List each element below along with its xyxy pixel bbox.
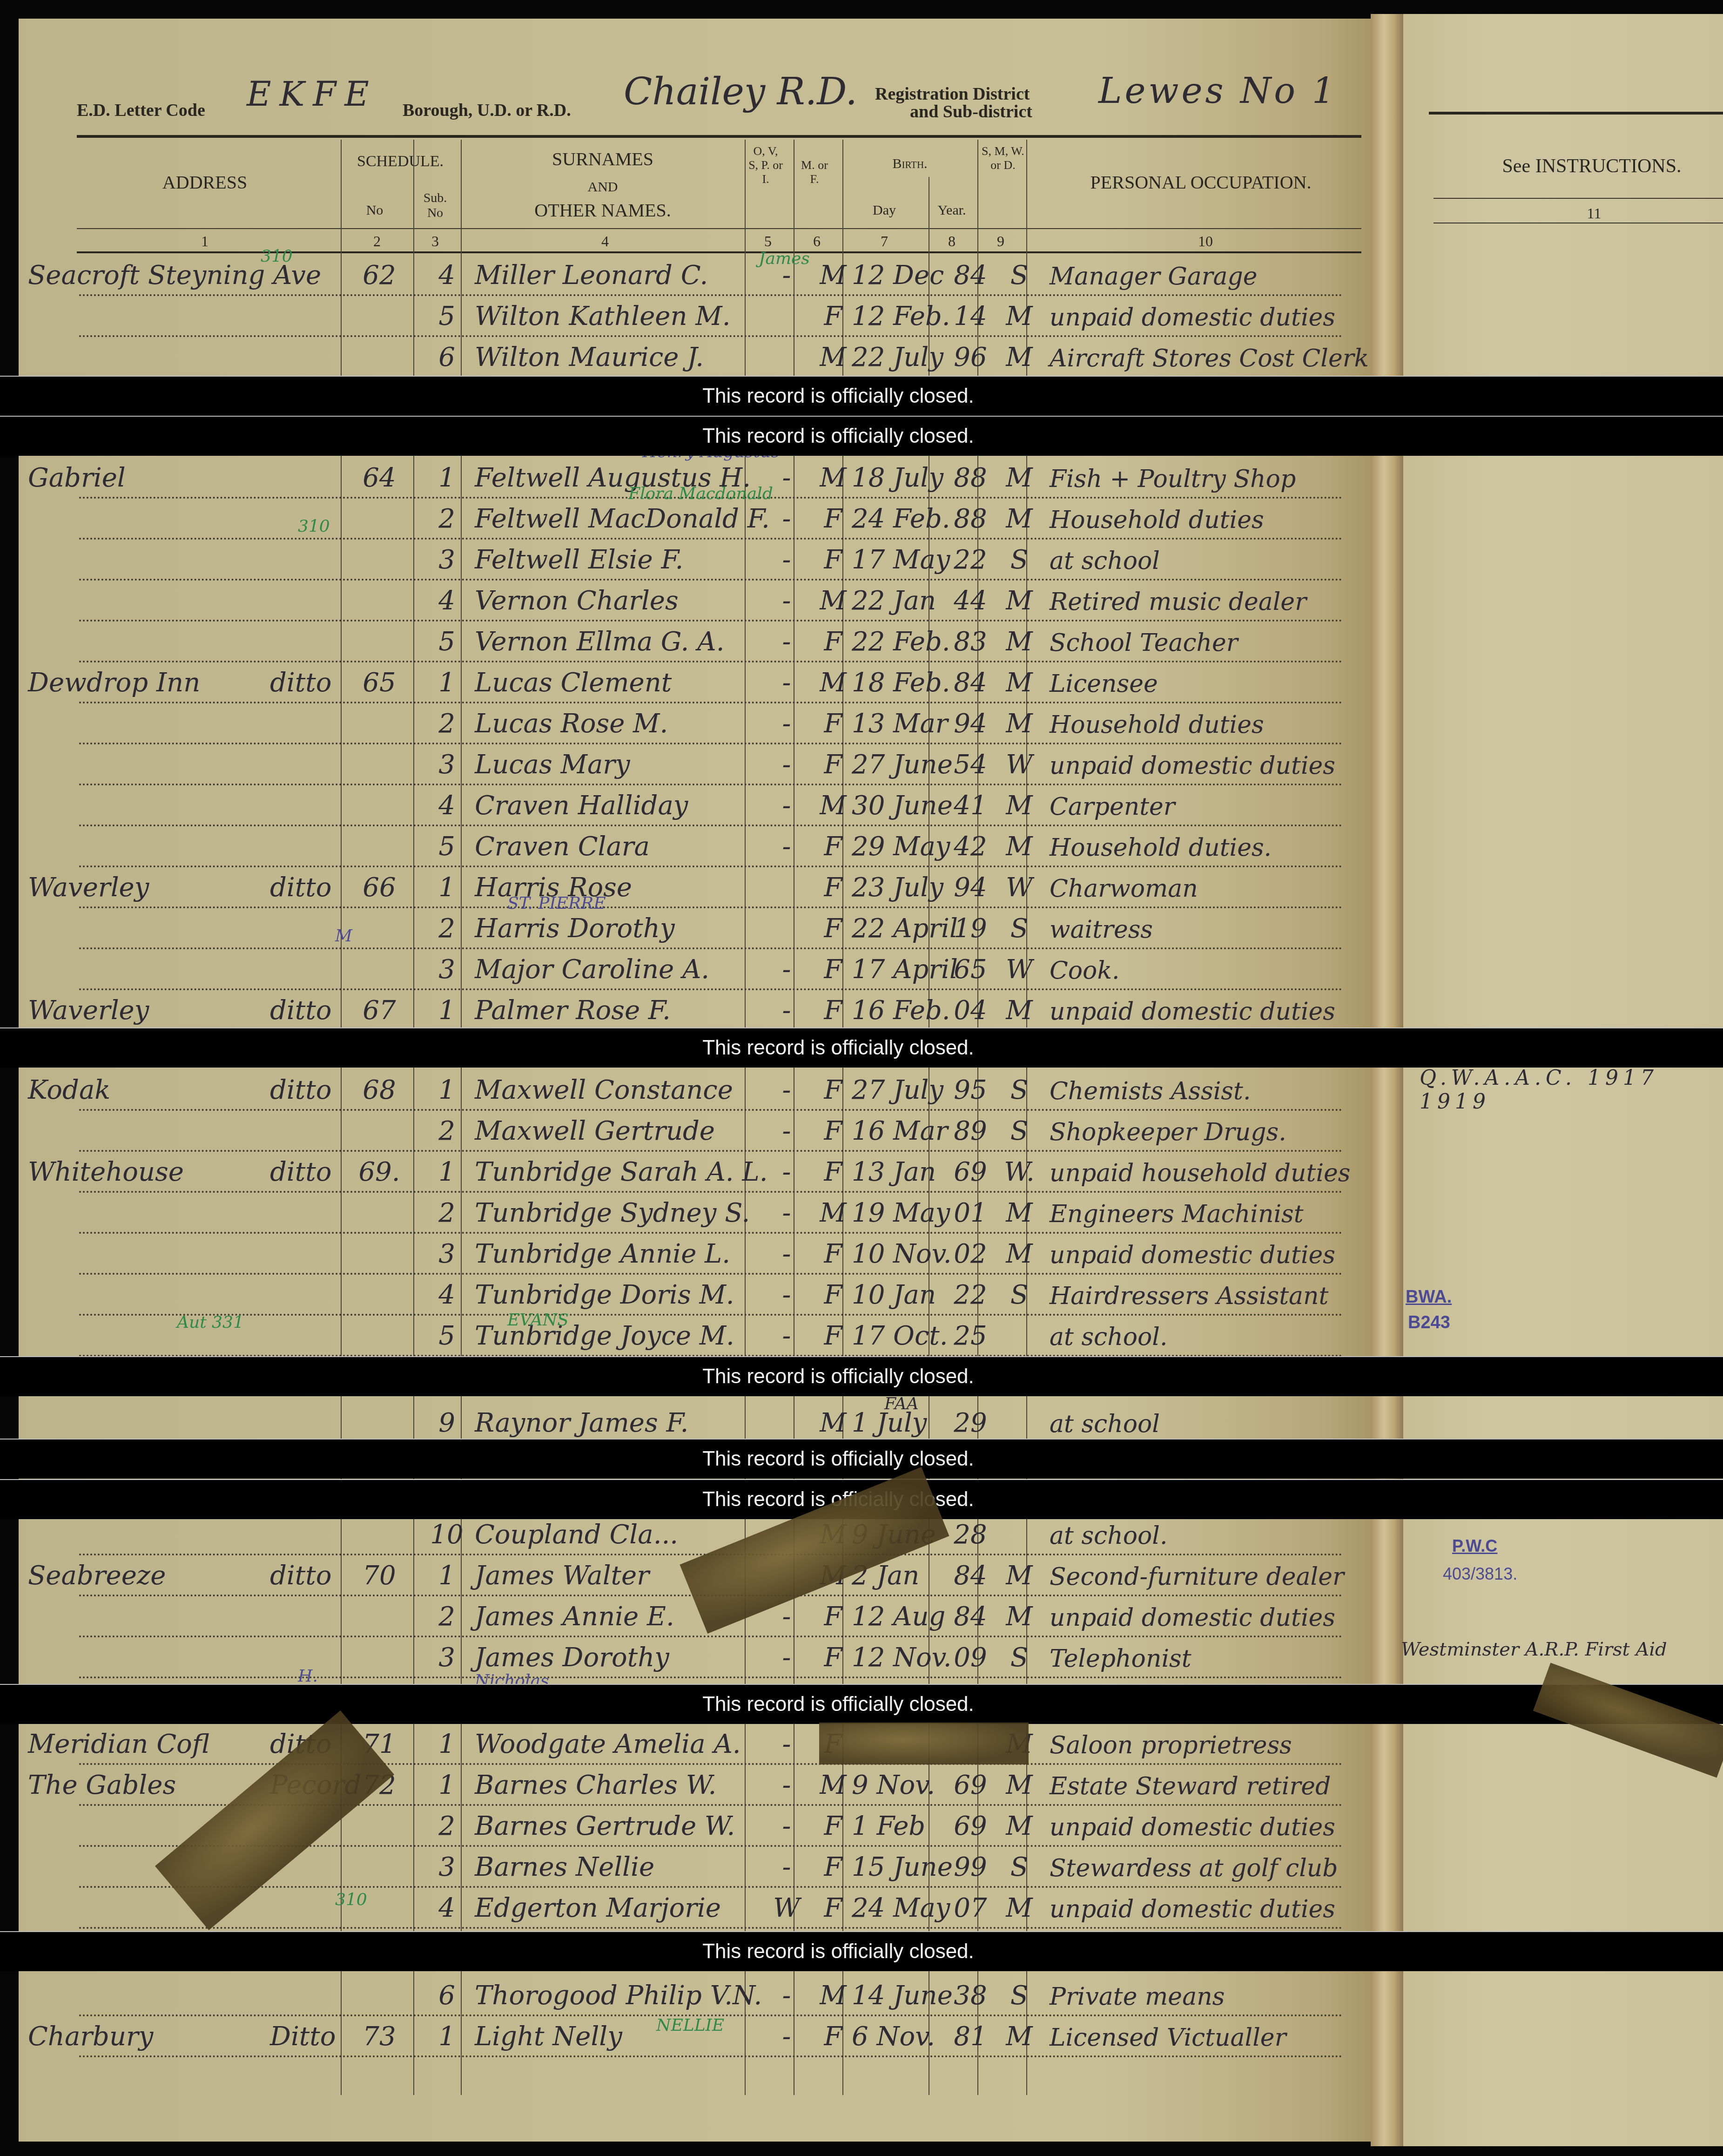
borough-label: Borough, U.D. or R.D. — [403, 100, 571, 121]
row-rule — [79, 1636, 1343, 1637]
ovspi-value: - — [768, 1980, 805, 2011]
table-row: 4Tunbridge Doris M.-F10 Jan22SHairdresse… — [19, 1276, 1371, 1317]
person-name: Tunbridge Annie L. — [475, 1239, 754, 1269]
book-spine — [1371, 14, 1403, 2146]
occupation: Charwoman — [1050, 875, 1371, 903]
table-row: 5Craven Clara-F29 May42MHousehold duties… — [19, 827, 1371, 868]
birth-year: 84 — [945, 260, 996, 291]
person-name: Thorogood Philip V.N. — [475, 1980, 754, 2011]
birth-year: 41 — [945, 791, 996, 821]
marital-status: M — [1001, 668, 1038, 698]
sex: F — [814, 954, 852, 985]
col-mf: M. or F. — [796, 158, 833, 186]
occupation: Stewardess at golf club — [1050, 1854, 1371, 1882]
row-rule — [79, 784, 1343, 785]
table-row: 2Feltwell MacDonald F.-F24 Feb.88MHouseh… — [19, 500, 1371, 541]
table-row: 2Harris DorothyF22 April19Swaitress — [19, 909, 1371, 950]
closed-record-banner: This record is officially closed. — [0, 1439, 1723, 1479]
row-rule — [79, 661, 1343, 662]
marital-status: M — [1001, 463, 1038, 493]
marital-status: M — [1001, 342, 1038, 372]
ditto-mark: ditto — [270, 995, 354, 1026]
closed-record-text: This record is officially closed. — [702, 425, 974, 448]
ovspi-value: - — [768, 1157, 805, 1187]
sex: F — [814, 1602, 852, 1632]
marital-status: M — [1001, 1239, 1038, 1269]
ovspi-value: - — [768, 1198, 805, 1228]
row-rule — [79, 1763, 1343, 1765]
table-row: 4Vernon Charles-M22 Jan44MRetired music … — [19, 581, 1371, 622]
sub-number: 1 — [428, 1075, 465, 1105]
marital-status: M — [1001, 1561, 1038, 1591]
margin-annotation: 310 — [335, 1890, 367, 1909]
marital-status: S — [1001, 545, 1038, 575]
row-rule — [79, 865, 1343, 867]
occupation: unpaid domestic duties — [1050, 1895, 1371, 1923]
col-day: Day — [847, 200, 922, 221]
birth-day: 24 Feb. — [852, 504, 945, 534]
schedule-number: 73 — [344, 2021, 414, 2052]
ditto-mark: ditto — [270, 872, 354, 903]
marital-status: M — [1001, 791, 1038, 821]
closed-record-text: This record is officially closed. — [702, 1693, 974, 1716]
sex: F — [814, 1075, 852, 1105]
ovspi-value: - — [768, 627, 805, 657]
ovspi-value: - — [768, 750, 805, 780]
col-number-1: 1 — [191, 233, 219, 250]
schedule-number: 66 — [344, 872, 414, 903]
table-row: Meridian Coflditto711Woodgate Amelia A.-… — [19, 1725, 1371, 1766]
marital-status: M — [1001, 1811, 1038, 1841]
sub-number: 1 — [428, 872, 465, 903]
ovspi-value: - — [768, 954, 805, 985]
table-row: 2James Annie E.-F12 Aug84Munpaid domesti… — [19, 1597, 1371, 1638]
birth-day: 12 Feb. — [852, 301, 945, 331]
occupation: unpaid domestic duties — [1050, 304, 1371, 331]
occupation: unpaid domestic duties — [1050, 1604, 1371, 1632]
sex: M — [814, 668, 852, 698]
birth-day: 13 Jan — [852, 1157, 945, 1187]
table-row: 4Craven Halliday-M30 June41MCarpenter — [19, 786, 1371, 827]
occupation: at school. — [1050, 1323, 1371, 1351]
birth-day: 14 June — [852, 1980, 945, 2011]
sex: F — [814, 709, 852, 739]
person-name: Miller Leonard C. — [475, 260, 754, 291]
sub-number: 3 — [428, 1642, 465, 1673]
sex: F — [814, 750, 852, 780]
col11-rule-top — [1434, 198, 1723, 199]
table-row: 3Lucas Mary-F27 June54Wunpaid domestic d… — [19, 745, 1371, 786]
margin-annotation: EVANS — [507, 1311, 569, 1330]
sex: M — [814, 586, 852, 616]
row-rule — [79, 294, 1343, 296]
col-names-3: OTHER NAMES. — [465, 200, 740, 221]
margin-annotation: 310 — [261, 247, 293, 266]
occupation: at school — [1050, 1410, 1371, 1438]
row-rule — [79, 1314, 1343, 1316]
closed-record-banner: This record is officially closed. — [0, 1027, 1723, 1068]
col-birth: Birth. — [845, 154, 975, 174]
occupation: Telephonist — [1050, 1645, 1371, 1673]
schedule-number: 64 — [344, 463, 414, 493]
sub-number: 5 — [428, 1321, 465, 1351]
table-row: 3James Dorothy-F12 Nov.09STelephonist — [19, 1638, 1371, 1679]
birth-day: 13 Mar — [852, 709, 945, 739]
table-row: Kodakditto681Maxwell Constance-F27 July9… — [19, 1071, 1371, 1112]
sub-number: 2 — [428, 913, 465, 944]
occupation: Fish + Poultry Shop — [1050, 465, 1371, 493]
table-row: 5Vernon Ellma G. A.-F22 Feb.83MSchool Te… — [19, 622, 1371, 663]
closed-record-text: This record is officially closed. — [702, 1447, 974, 1471]
row-rule — [79, 825, 1343, 826]
birth-day: 22 Feb. — [852, 627, 945, 657]
note-waac: Q.W.A.A.C. 1917 1919 — [1420, 1066, 1723, 1114]
occupation: Household duties — [1050, 506, 1371, 534]
birth-day: 19 May — [852, 1198, 945, 1228]
sub-number: 3 — [428, 954, 465, 985]
birth-year: 04 — [945, 995, 996, 1026]
birth-day: 23 July — [852, 872, 945, 903]
occupation: at school. — [1050, 1522, 1371, 1550]
ed-letter-code: EKFE — [247, 74, 377, 114]
birth-day: 24 May — [852, 1893, 945, 1923]
table-row: 6Wilton Maurice J.M22 July96MAircraft St… — [19, 338, 1371, 379]
sub-number: 2 — [428, 1602, 465, 1632]
person-name: Maxwell Gertrude — [475, 1116, 754, 1146]
address: Waverley — [28, 872, 279, 903]
col-schedule-no: No — [347, 200, 403, 221]
ovspi-value: - — [768, 791, 805, 821]
sub-number: 5 — [428, 301, 465, 331]
occupation: Carpenter — [1050, 793, 1371, 821]
row-rule — [79, 1927, 1343, 1929]
table-row: Seacroft Steyning Ave624Miller Leonard C… — [19, 256, 1371, 297]
col-number-10: 10 — [1191, 233, 1219, 250]
ditto-mark: ditto — [270, 668, 354, 698]
col-number-2: 2 — [363, 233, 391, 250]
ovspi-value: - — [768, 995, 805, 1026]
closed-record-banner: This record is officially closed. — [0, 1931, 1723, 1971]
birth-day: 27 July — [852, 1075, 945, 1105]
birth-year: 84 — [945, 668, 996, 698]
margin-annotation: FAA — [884, 1394, 919, 1413]
birth-day: 9 Nov. — [852, 1770, 945, 1800]
sub-number: 9 — [428, 1408, 465, 1438]
birth-year: 25 — [945, 1321, 996, 1351]
birth-year: 54 — [945, 750, 996, 780]
sub-number: 5 — [428, 831, 465, 862]
col-smwd: S, M, W. or D. — [980, 144, 1026, 172]
sex: M — [814, 1980, 852, 2011]
closed-record-banner: This record is officially closed. — [0, 416, 1723, 456]
row-rule — [79, 1232, 1343, 1234]
sex: F — [814, 1893, 852, 1923]
sub-number: 1 — [428, 2021, 465, 2052]
occupation: Cook. — [1050, 957, 1371, 985]
borough-value: Chailey R.D. — [624, 70, 857, 113]
birth-day: 12 Nov. — [852, 1642, 945, 1673]
col-number-3: 3 — [421, 233, 449, 250]
table-row: 3Tunbridge Annie L.-F10 Nov.02Munpaid do… — [19, 1235, 1371, 1276]
sex: M — [814, 342, 852, 372]
marital-status: S — [1001, 913, 1038, 944]
occupation: Engineers Machinist — [1050, 1200, 1371, 1228]
birth-day: 10 Nov. — [852, 1239, 945, 1269]
margin-annotation: Flora Macdonald — [628, 484, 773, 503]
sex: M — [814, 1770, 852, 1800]
birth-year: 07 — [945, 1893, 996, 1923]
schedule-number: 70 — [344, 1561, 414, 1591]
person-name: Vernon Charles — [475, 586, 754, 616]
row-rule — [79, 1273, 1343, 1275]
address: Waverley — [28, 995, 279, 1026]
sex: M — [814, 260, 852, 291]
marital-status: S — [1001, 1980, 1038, 2011]
table-row: 5Wilton Kathleen M.F12 Feb.14Munpaid dom… — [19, 297, 1371, 338]
tape-patch — [819, 1723, 1029, 1764]
birth-day: 16 Feb. — [852, 995, 945, 1026]
row-rule — [79, 1676, 1343, 1678]
table-row: 10Coupland Cla...M9 June28at school. — [19, 1515, 1371, 1556]
marital-status: M — [1001, 709, 1038, 739]
marital-status: W — [1001, 954, 1038, 985]
sub-number: 1 — [428, 1157, 465, 1187]
table-row: Dewdrop Innditto651Lucas Clement-M18 Feb… — [19, 663, 1371, 704]
closed-record-text: This record is officially closed. — [702, 1365, 974, 1388]
sex: F — [814, 995, 852, 1026]
schedule-number: 67 — [344, 995, 414, 1026]
schedule-number: 65 — [344, 668, 414, 698]
occupation: at school — [1050, 547, 1371, 575]
sex: M — [814, 1198, 852, 1228]
marital-status: M — [1001, 831, 1038, 862]
marital-status: S — [1001, 1642, 1038, 1673]
birth-year: 95 — [945, 1075, 996, 1105]
occupation: unpaid household duties — [1050, 1159, 1371, 1187]
margin-annotation: ST. PIERRE — [507, 894, 606, 913]
birth-day: 22 Jan — [852, 586, 945, 616]
col-number-5: 5 — [754, 233, 782, 250]
sub-number: 1 — [428, 1729, 465, 1759]
birth-year: 96 — [945, 342, 996, 372]
sex: M — [814, 791, 852, 821]
table-row: 3Feltwell Elsie F.-F17 May22Sat school — [19, 541, 1371, 581]
person-name: Barnes Nellie — [475, 1852, 754, 1882]
sex: F — [814, 1239, 852, 1269]
person-name: Barnes Gertrude W. — [475, 1811, 754, 1841]
marital-status: S — [1001, 1116, 1038, 1146]
col-number-7: 7 — [870, 233, 898, 250]
birth-year: 81 — [945, 2021, 996, 2052]
birth-year: 19 — [945, 913, 996, 944]
sex: F — [814, 1157, 852, 1187]
occupation: School Teacher — [1050, 629, 1371, 657]
sub-number: 2 — [428, 709, 465, 739]
person-name: Lucas Mary — [475, 750, 754, 780]
birth-year: 88 — [945, 463, 996, 493]
birth-year: 69 — [945, 1157, 996, 1187]
ovspi-value: W — [768, 1893, 805, 1923]
birth-year: 42 — [945, 831, 996, 862]
sub-number: 4 — [428, 1893, 465, 1923]
occupation: Manager Garage — [1050, 263, 1371, 291]
col-occupation: PERSONAL OCCUPATION. — [1029, 172, 1373, 193]
birth-year: 38 — [945, 1980, 996, 2011]
marital-status: M — [1001, 504, 1038, 534]
ovspi-value: - — [768, 709, 805, 739]
sub-number: 6 — [428, 342, 465, 372]
closed-record-text: This record is officially closed. — [702, 1940, 974, 1963]
birth-year: 88 — [945, 504, 996, 534]
occupation: waitress — [1050, 916, 1371, 944]
birth-year: 01 — [945, 1198, 996, 1228]
birth-day: 1 Feb — [852, 1811, 945, 1841]
sex: F — [814, 2021, 852, 2052]
person-name: Harris Dorothy — [475, 913, 754, 944]
col-number-8: 8 — [938, 233, 966, 250]
occupation: Chemists Assist. — [1050, 1077, 1371, 1105]
birth-day: 17 April — [852, 954, 945, 985]
birth-year: 65 — [945, 954, 996, 985]
sub-district-label: and Sub-district — [910, 101, 1032, 122]
marital-status: S — [1001, 1280, 1038, 1310]
address: Kodak — [28, 1075, 279, 1105]
sub-number: 1 — [428, 463, 465, 493]
sex: F — [814, 627, 852, 657]
birth-year: 83 — [945, 627, 996, 657]
person-name: Craven Clara — [475, 831, 754, 862]
marital-status: M — [1001, 2021, 1038, 2052]
header-subrule — [77, 228, 1361, 229]
row-rule — [79, 620, 1343, 622]
marital-status: M — [1001, 301, 1038, 331]
birth-year: 02 — [945, 1239, 996, 1269]
note-bwa: BWA. — [1406, 1287, 1452, 1307]
col-address: ADDRESS — [121, 172, 289, 193]
ovspi-value: - — [768, 831, 805, 862]
note-pwc-number: 403/3813. — [1443, 1564, 1517, 1584]
ovspi-value: - — [768, 1729, 805, 1759]
occupation: Retired music dealer — [1050, 588, 1371, 616]
sub-number: 3 — [428, 545, 465, 575]
closed-record-text: This record is officially closed. — [702, 1036, 974, 1060]
col-ovspi: O, V, S, P. or I. — [747, 144, 784, 186]
birth-year: 28 — [945, 1520, 996, 1550]
sub-number: 2 — [428, 1198, 465, 1228]
col-instructions: See INSTRUCTIONS. — [1466, 156, 1717, 176]
occupation: Hairdressers Assistant — [1050, 1282, 1371, 1310]
occupation: unpaid domestic duties — [1050, 998, 1371, 1026]
ovspi-value: - — [768, 2021, 805, 2052]
sex: F — [814, 1852, 852, 1882]
sub-number: 5 — [428, 627, 465, 657]
birth-day: 10 Jan — [852, 1280, 945, 1310]
birth-day: 17 Oct. — [852, 1321, 945, 1351]
col-number-6: 6 — [803, 233, 831, 250]
col-schedule: SCHEDULE. — [342, 151, 458, 172]
ovspi-value: - — [768, 463, 805, 493]
row-rule — [79, 1886, 1343, 1888]
col-names-2: AND — [465, 177, 740, 197]
ovspi-value: - — [768, 1770, 805, 1800]
person-name: Tunbridge Sydney S. — [475, 1198, 754, 1228]
person-name: James Dorothy — [475, 1642, 754, 1673]
ovspi-value: - — [768, 1852, 805, 1882]
marital-status: S — [1001, 1852, 1038, 1882]
note-b243: B243 — [1408, 1313, 1450, 1333]
marital-status: M — [1001, 1198, 1038, 1228]
ditto-mark: ditto — [270, 1075, 354, 1105]
row-rule — [79, 1191, 1343, 1193]
row-rule — [79, 743, 1343, 744]
sex: F — [814, 1280, 852, 1310]
table-row: 2Maxwell Gertrude-F16 Mar89SShopkeeper D… — [19, 1112, 1371, 1153]
ovspi-value: - — [768, 1116, 805, 1146]
marital-status: W — [1001, 750, 1038, 780]
margin-annotation: 310 — [298, 517, 330, 536]
ovspi-value: - — [768, 504, 805, 534]
occupation: Estate Steward retired — [1050, 1772, 1371, 1800]
table-row: Whitehouseditto69.1Tunbridge Sarah A. L.… — [19, 1153, 1371, 1194]
occupation: Second-furniture dealer — [1050, 1563, 1371, 1591]
ovspi-value: - — [768, 1280, 805, 1310]
birth-year: 84 — [945, 1602, 996, 1632]
schedule-number: 69. — [344, 1157, 414, 1187]
sub-number: 4 — [428, 791, 465, 821]
birth-year: 99 — [945, 1852, 996, 1882]
row-rule — [79, 906, 1343, 908]
col-names-1: SURNAMES — [465, 149, 740, 169]
birth-year: 09 — [945, 1642, 996, 1673]
birth-year: 69 — [945, 1811, 996, 1841]
sub-number: 3 — [428, 750, 465, 780]
marital-status: M — [1001, 1893, 1038, 1923]
birth-year: 89 — [945, 1116, 996, 1146]
marital-status: S — [1001, 260, 1038, 291]
margin-annotation: H. — [298, 1667, 318, 1686]
col-number-4: 4 — [591, 233, 619, 250]
person-name: Lucas Rose M. — [475, 709, 754, 739]
row-rule — [79, 335, 1343, 337]
sex: F — [814, 1642, 852, 1673]
person-name: Coupland Cla... — [475, 1520, 754, 1550]
sub-number: 1 — [428, 1770, 465, 1800]
closed-record-text: This record is officially closed. — [702, 385, 974, 408]
table-row: 3Major Caroline A.-F17 April65WCook. — [19, 950, 1371, 991]
occupation: unpaid domestic duties — [1050, 752, 1371, 780]
sub-number: 4 — [428, 260, 465, 291]
col-year: Year. — [929, 200, 975, 221]
occupation: unpaid domestic duties — [1050, 1813, 1371, 1841]
birth-year: 14 — [945, 301, 996, 331]
note-pwc: P.W.C — [1452, 1536, 1497, 1556]
birth-year: 44 — [945, 586, 996, 616]
sub-number: 2 — [428, 1811, 465, 1841]
marital-status: W — [1001, 872, 1038, 903]
occupation: Shopkeeper Drugs. — [1050, 1118, 1371, 1146]
person-name: Maxwell Constance — [475, 1075, 754, 1105]
occupation: unpaid domestic duties — [1050, 1241, 1371, 1269]
birth-year: 84 — [945, 1561, 996, 1591]
occupation: Aircraft Stores Cost Clerk — [1050, 345, 1371, 372]
sub-number: 1 — [428, 668, 465, 698]
birth-day: 29 May — [852, 831, 945, 862]
ovspi-value: - — [768, 1321, 805, 1351]
birth-day: 30 June — [852, 791, 945, 821]
birth-day: 27 June — [852, 750, 945, 780]
address: Gabriel — [28, 463, 279, 493]
birth-day: 12 Aug — [852, 1602, 945, 1632]
